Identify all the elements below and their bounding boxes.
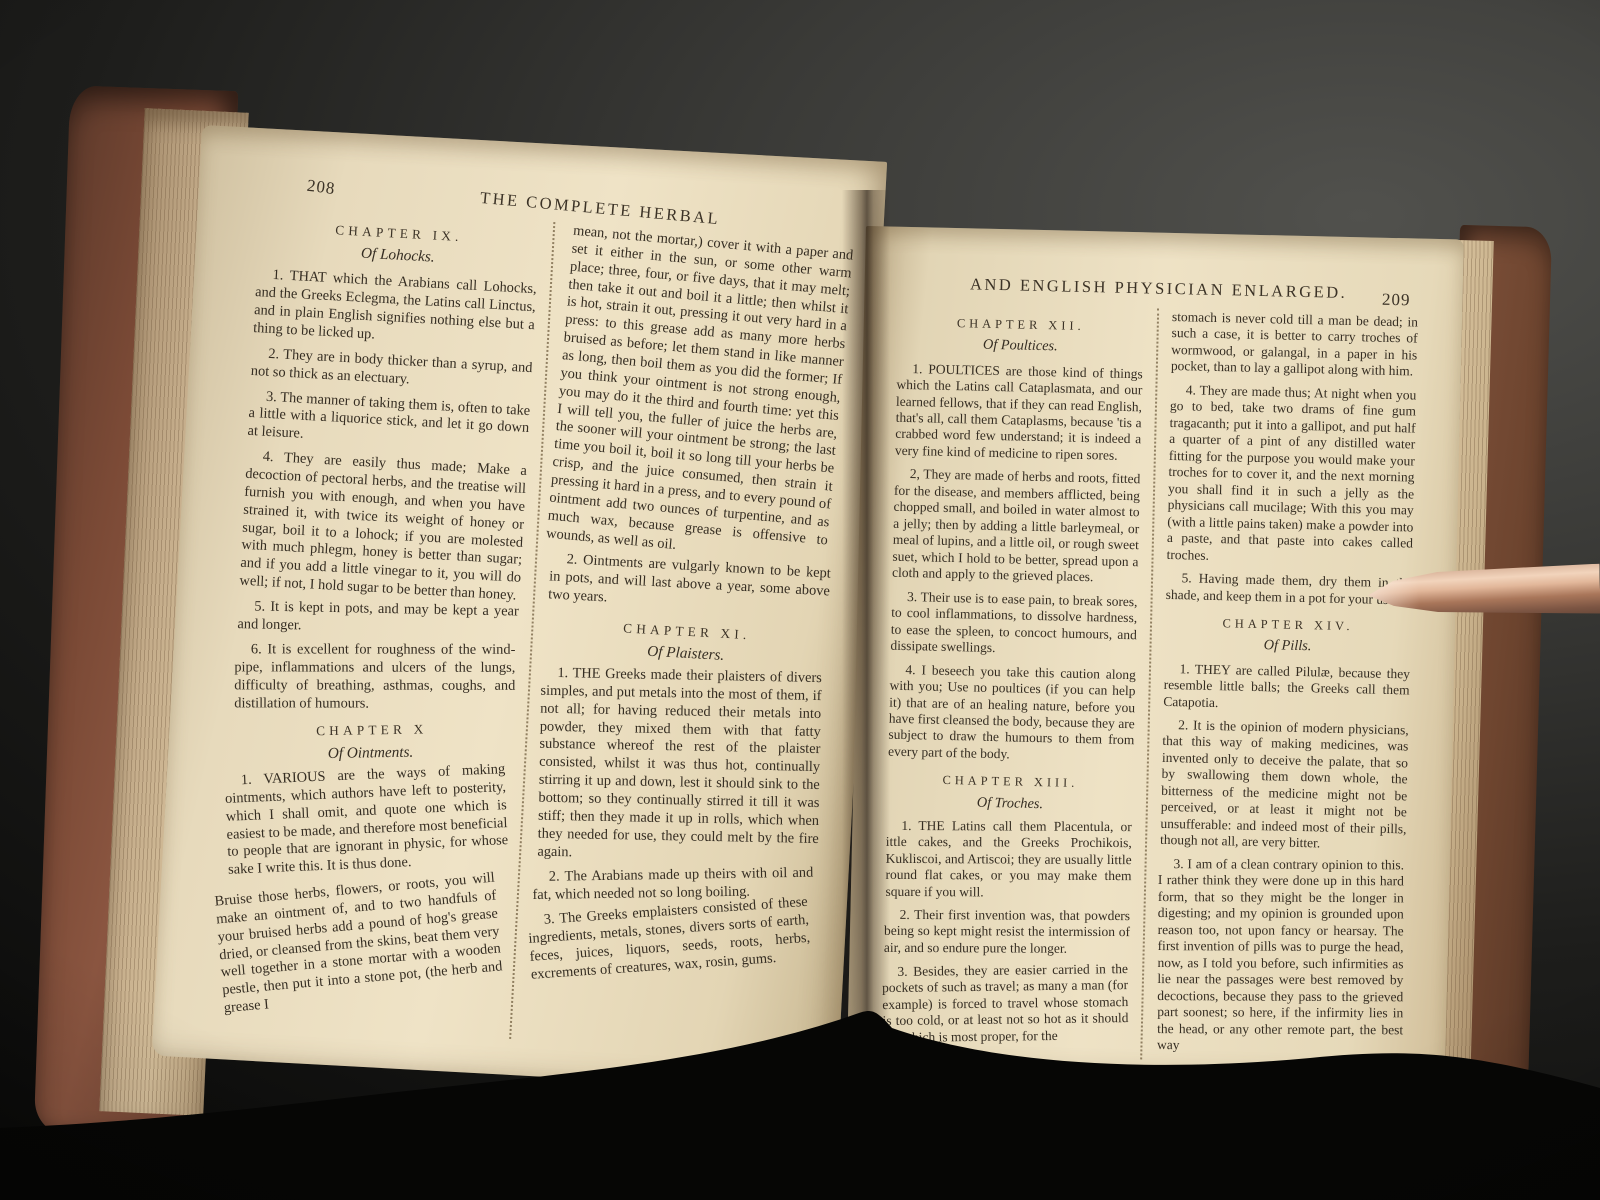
section-title: Of Troches.	[887, 792, 1133, 815]
paragraph: 2. It is the opinion of modern physician…	[1160, 717, 1409, 854]
left-page-column-1: CHAPTER IX. Of Lohocks. 1. THAT which th…	[216, 206, 541, 1038]
paragraph: 2, They are made of herbs and roots, fit…	[892, 466, 1141, 587]
paragraph: 1. VARIOUS are the ways of making ointme…	[224, 762, 509, 881]
paragraph: 3. The Greeks emplaisters consisted of t…	[527, 893, 812, 983]
paragraph: 1. THE Greeks made their plaisters of di…	[537, 665, 822, 867]
paragraph: 2. They are in body thicker than a syrup…	[250, 345, 533, 396]
running-header-right: AND ENGLISH PHYSICIAN ENLARGED.	[908, 273, 1408, 304]
paragraph: 1. THAT which the Arabians call Lohocks,…	[253, 266, 537, 353]
chapter-heading: CHAPTER XIII.	[887, 772, 1133, 793]
paragraph: 3. Their use is to ease pain, to break s…	[890, 588, 1137, 659]
page-number-left: 208	[306, 176, 337, 199]
paragraph: 4. They are easily thus made; Make a dec…	[239, 448, 527, 606]
paragraph: 3. I am of a clean contrary opinion to t…	[1157, 856, 1404, 1055]
paragraph: 4. They are made thus; At night when you…	[1166, 382, 1416, 569]
paragraph: 3. Besides, they are easier carried in t…	[882, 961, 1129, 1046]
paragraph: Bruise those herbs, flowers, or roots, y…	[214, 869, 505, 1018]
paragraph: 4. I beseech you take this caution along…	[888, 661, 1136, 765]
left-page-column-2: mean, not the mortar,) cover it with a p…	[509, 222, 849, 1054]
chapter-heading: CHAPTER XIV.	[1165, 615, 1411, 636]
book-gutter-shadow	[842, 190, 890, 1070]
left-page: 208 THE COMPLETE HERBAL CHAPTER IX. Of L…	[152, 125, 887, 1093]
photo-of-open-book: 208 THE COMPLETE HERBAL CHAPTER IX. Of L…	[0, 0, 1600, 1200]
paragraph: stomach is never cold till a man be dead…	[1171, 309, 1418, 380]
paragraph: mean, not the mortar,) cover it with a p…	[545, 223, 853, 568]
section-title: Of Poultices.	[897, 335, 1143, 358]
right-page-column-1: CHAPTER XII. Of Poultices. 1. POULTICES …	[881, 303, 1144, 1060]
paragraph: 3. The manner of taking them is, often t…	[247, 387, 530, 456]
right-page: 209 AND ENGLISH PHYSICIAN ENLARGED. CHAP…	[847, 226, 1464, 1081]
paragraph: 6. It is excellent for roughness of the …	[234, 641, 515, 713]
paragraph: 5. It is kept in pots, and may be kept a…	[237, 598, 519, 639]
paragraph: 1. POULTICES are those kind of things wh…	[895, 360, 1143, 464]
chapter-heading: CHAPTER X	[231, 720, 512, 741]
chapter-heading: CHAPTER XII.	[898, 315, 1144, 336]
paragraph: 2. Their first invention was, that powde…	[884, 907, 1130, 958]
right-page-column-2: stomach is never cold till a man be dead…	[1140, 309, 1418, 1066]
section-title: Of Ointments.	[230, 742, 511, 765]
paragraph: 1. THE Latins call them Placentula, or i…	[885, 818, 1131, 902]
paragraph: 5. Having made them, dry them in the sha…	[1166, 570, 1413, 609]
paragraph: 1. THEY are called Pilulæ, because they …	[1163, 660, 1410, 715]
page-number-right: 209	[1382, 290, 1411, 311]
section-title: Of Pills.	[1164, 635, 1410, 658]
